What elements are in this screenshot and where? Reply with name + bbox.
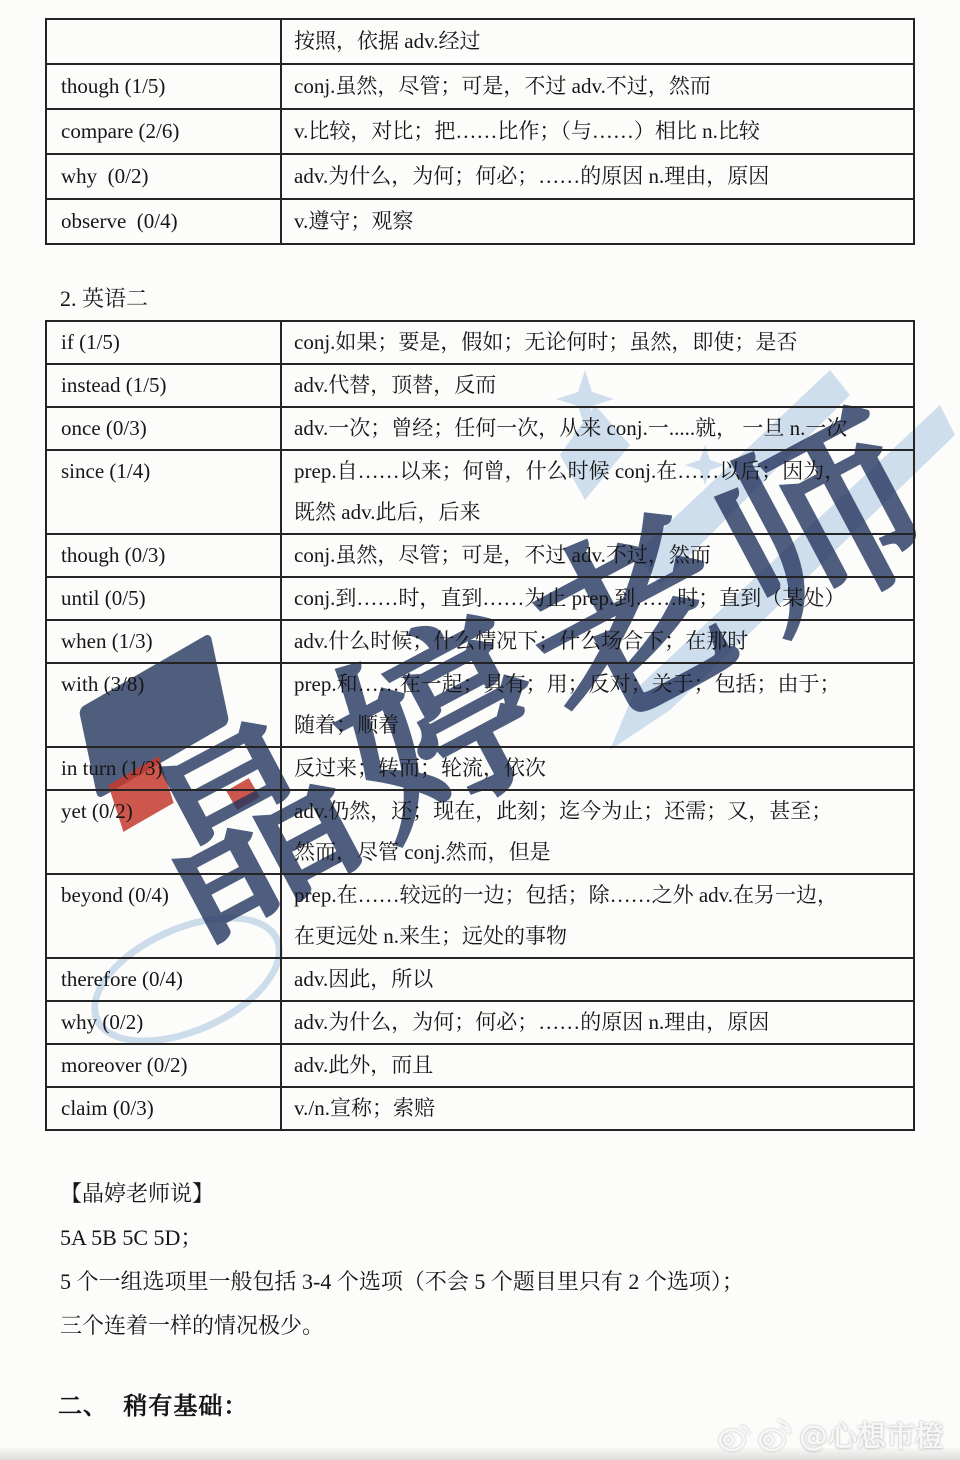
word-cell: since (1/4) xyxy=(46,450,281,534)
table-row: with (3/8)prep.和……在一起；具有；用；反对；关于；包括；由于； … xyxy=(46,663,914,747)
definition-cell: adv.为什么，为何；何必；……的原因 n.理由，原因 xyxy=(281,154,914,199)
definition-cell: adv.因此，所以 xyxy=(281,958,914,1001)
table-row: 按照，依据 adv.经过 xyxy=(46,19,914,64)
word-cell: why (0/2) xyxy=(46,1001,281,1044)
table-row: when (1/3)adv.什么时候；什么情况下；什么场合下；在那时 xyxy=(46,620,914,663)
word-cell: though (1/5) xyxy=(46,64,281,109)
definition-cell: 反过来；转而；轮流，依次 xyxy=(281,747,914,790)
table-row: compare (2/6)v.比较，对比；把……比作；（与……）相比 n.比较 xyxy=(46,109,914,154)
definition-cell: adv.代替，顶替，反而 xyxy=(281,364,914,407)
table-row: why (0/2)adv.为什么，为何；何必；……的原因 n.理由，原因 xyxy=(46,1001,914,1044)
next-section-heading: 二、 稍有基础： xyxy=(58,1386,248,1421)
definition-cell: conj.虽然，尽管；可是，不过 adv.不过，然而 xyxy=(281,64,914,109)
vocab-table-top: 按照，依据 adv.经过though (1/5)conj.虽然，尽管；可是，不过… xyxy=(45,18,915,245)
word-cell: until (0/5) xyxy=(46,577,281,620)
table-row: since (1/4)prep.自……以来；何曾，什么时候 conj.在……以后… xyxy=(46,450,914,534)
word-cell: claim (0/3) xyxy=(46,1087,281,1130)
word-cell xyxy=(46,19,281,64)
section-heading: 2. 英语二 xyxy=(60,282,148,313)
definition-cell: adv.仍然，还；现在，此刻；迄今为止；还需；又，甚至； 然而，尽管 conj.… xyxy=(281,790,914,874)
definition-cell: prep.自……以来；何曾，什么时候 conj.在……以后；因为， 既然 adv… xyxy=(281,450,914,534)
word-cell: moreover (0/2) xyxy=(46,1044,281,1087)
table-row: if (1/5)conj.如果；要是，假如；无论何时；虽然，即使；是否 xyxy=(46,321,914,364)
vocab-table-top-body: 按照，依据 adv.经过though (1/5)conj.虽然，尽管；可是，不过… xyxy=(46,19,914,244)
word-cell: once (0/3) xyxy=(46,407,281,450)
table-row: claim (0/3)v./n.宣称；索赔 xyxy=(46,1087,914,1130)
definition-cell: adv.一次；曾经；任何一次，从来 conj.一.....就， 一旦 n.一次 xyxy=(281,407,914,450)
word-cell: though (0/3) xyxy=(46,534,281,577)
definition-cell: v.比较，对比；把……比作；（与……）相比 n.比较 xyxy=(281,109,914,154)
definition-cell: adv.为什么，为何；何必；……的原因 n.理由，原因 xyxy=(281,1001,914,1044)
definition-cell: adv.什么时候；什么情况下；什么场合下；在那时 xyxy=(281,620,914,663)
vocab-table-english2: if (1/5)conj.如果；要是，假如；无论何时；虽然，即使；是否inste… xyxy=(45,320,915,1131)
table-row: in turn (1/3)反过来；转而；轮流，依次 xyxy=(46,747,914,790)
definition-cell: conj.虽然，尽管；可是，不过 adv.不过，然而 xyxy=(281,534,914,577)
teacher-notes: 【晶婷老师说】 5A 5B 5C 5D； 5 个一组选项里一般包括 3-4 个选… xyxy=(60,1172,744,1348)
word-cell: why (0/2) xyxy=(46,154,281,199)
table-row: moreover (0/2)adv.此外，而且 xyxy=(46,1044,914,1087)
weibo-handle-text: @心想市橙 xyxy=(799,1414,944,1455)
definition-cell: adv.此外，而且 xyxy=(281,1044,914,1087)
table-row: observe (0/4)v.遵守；观察 xyxy=(46,199,914,244)
vocab-table-english2-body: if (1/5)conj.如果；要是，假如；无论何时；虽然，即使；是否inste… xyxy=(46,321,914,1130)
word-cell: compare (2/6) xyxy=(46,109,281,154)
definition-cell: prep.和……在一起；具有；用；反对；关于；包括；由于； 随着；顺着 xyxy=(281,663,914,747)
table-row: once (0/3)adv.一次；曾经；任何一次，从来 conj.一.....就… xyxy=(46,407,914,450)
table-row: until (0/5)conj.到……时，直到……为止 prep.到……时；直到… xyxy=(46,577,914,620)
word-cell: beyond (0/4) xyxy=(46,874,281,958)
weibo-watermark: @心想市橙 xyxy=(717,1414,944,1455)
definition-cell: prep.在……较远的一边；包括；除……之外 adv.在另一边， 在更远处 n.… xyxy=(281,874,914,958)
definition-cell: 按照，依据 adv.经过 xyxy=(281,19,914,64)
word-cell: observe (0/4) xyxy=(46,199,281,244)
table-row: instead (1/5)adv.代替，顶替，反而 xyxy=(46,364,914,407)
definition-cell: v./n.宣称；索赔 xyxy=(281,1087,914,1130)
definition-cell: v.遵守；观察 xyxy=(281,199,914,244)
table-row: though (1/5)conj.虽然，尽管；可是，不过 adv.不过，然而 xyxy=(46,64,914,109)
word-cell: with (3/8) xyxy=(46,663,281,747)
table-row: yet (0/2)adv.仍然，还；现在，此刻；迄今为止；还需；又，甚至； 然而… xyxy=(46,790,914,874)
word-cell: therefore (0/4) xyxy=(46,958,281,1001)
table-row: therefore (0/4)adv.因此，所以 xyxy=(46,958,914,1001)
definition-cell: conj.如果；要是，假如；无论何时；虽然，即使；是否 xyxy=(281,321,914,364)
table-row: though (0/3)conj.虽然，尽管；可是，不过 adv.不过，然而 xyxy=(46,534,914,577)
word-cell: instead (1/5) xyxy=(46,364,281,407)
definition-cell: conj.到……时，直到……为止 prep.到……时；直到（某处） xyxy=(281,577,914,620)
document-page: 晶婷老师 按照，依据 adv.经过though (1/5)conj.虽然，尽管；… xyxy=(0,0,960,1460)
table-row: why (0/2)adv.为什么，为何；何必；……的原因 n.理由，原因 xyxy=(46,154,914,199)
weibo-logo-icon xyxy=(717,1417,795,1453)
word-cell: when (1/3) xyxy=(46,620,281,663)
word-cell: yet (0/2) xyxy=(46,790,281,874)
word-cell: in turn (1/3) xyxy=(46,747,281,790)
table-row: beyond (0/4)prep.在……较远的一边；包括；除……之外 adv.在… xyxy=(46,874,914,958)
word-cell: if (1/5) xyxy=(46,321,281,364)
document-content: 按照，依据 adv.经过though (1/5)conj.虽然，尽管；可是，不过… xyxy=(0,0,960,1460)
